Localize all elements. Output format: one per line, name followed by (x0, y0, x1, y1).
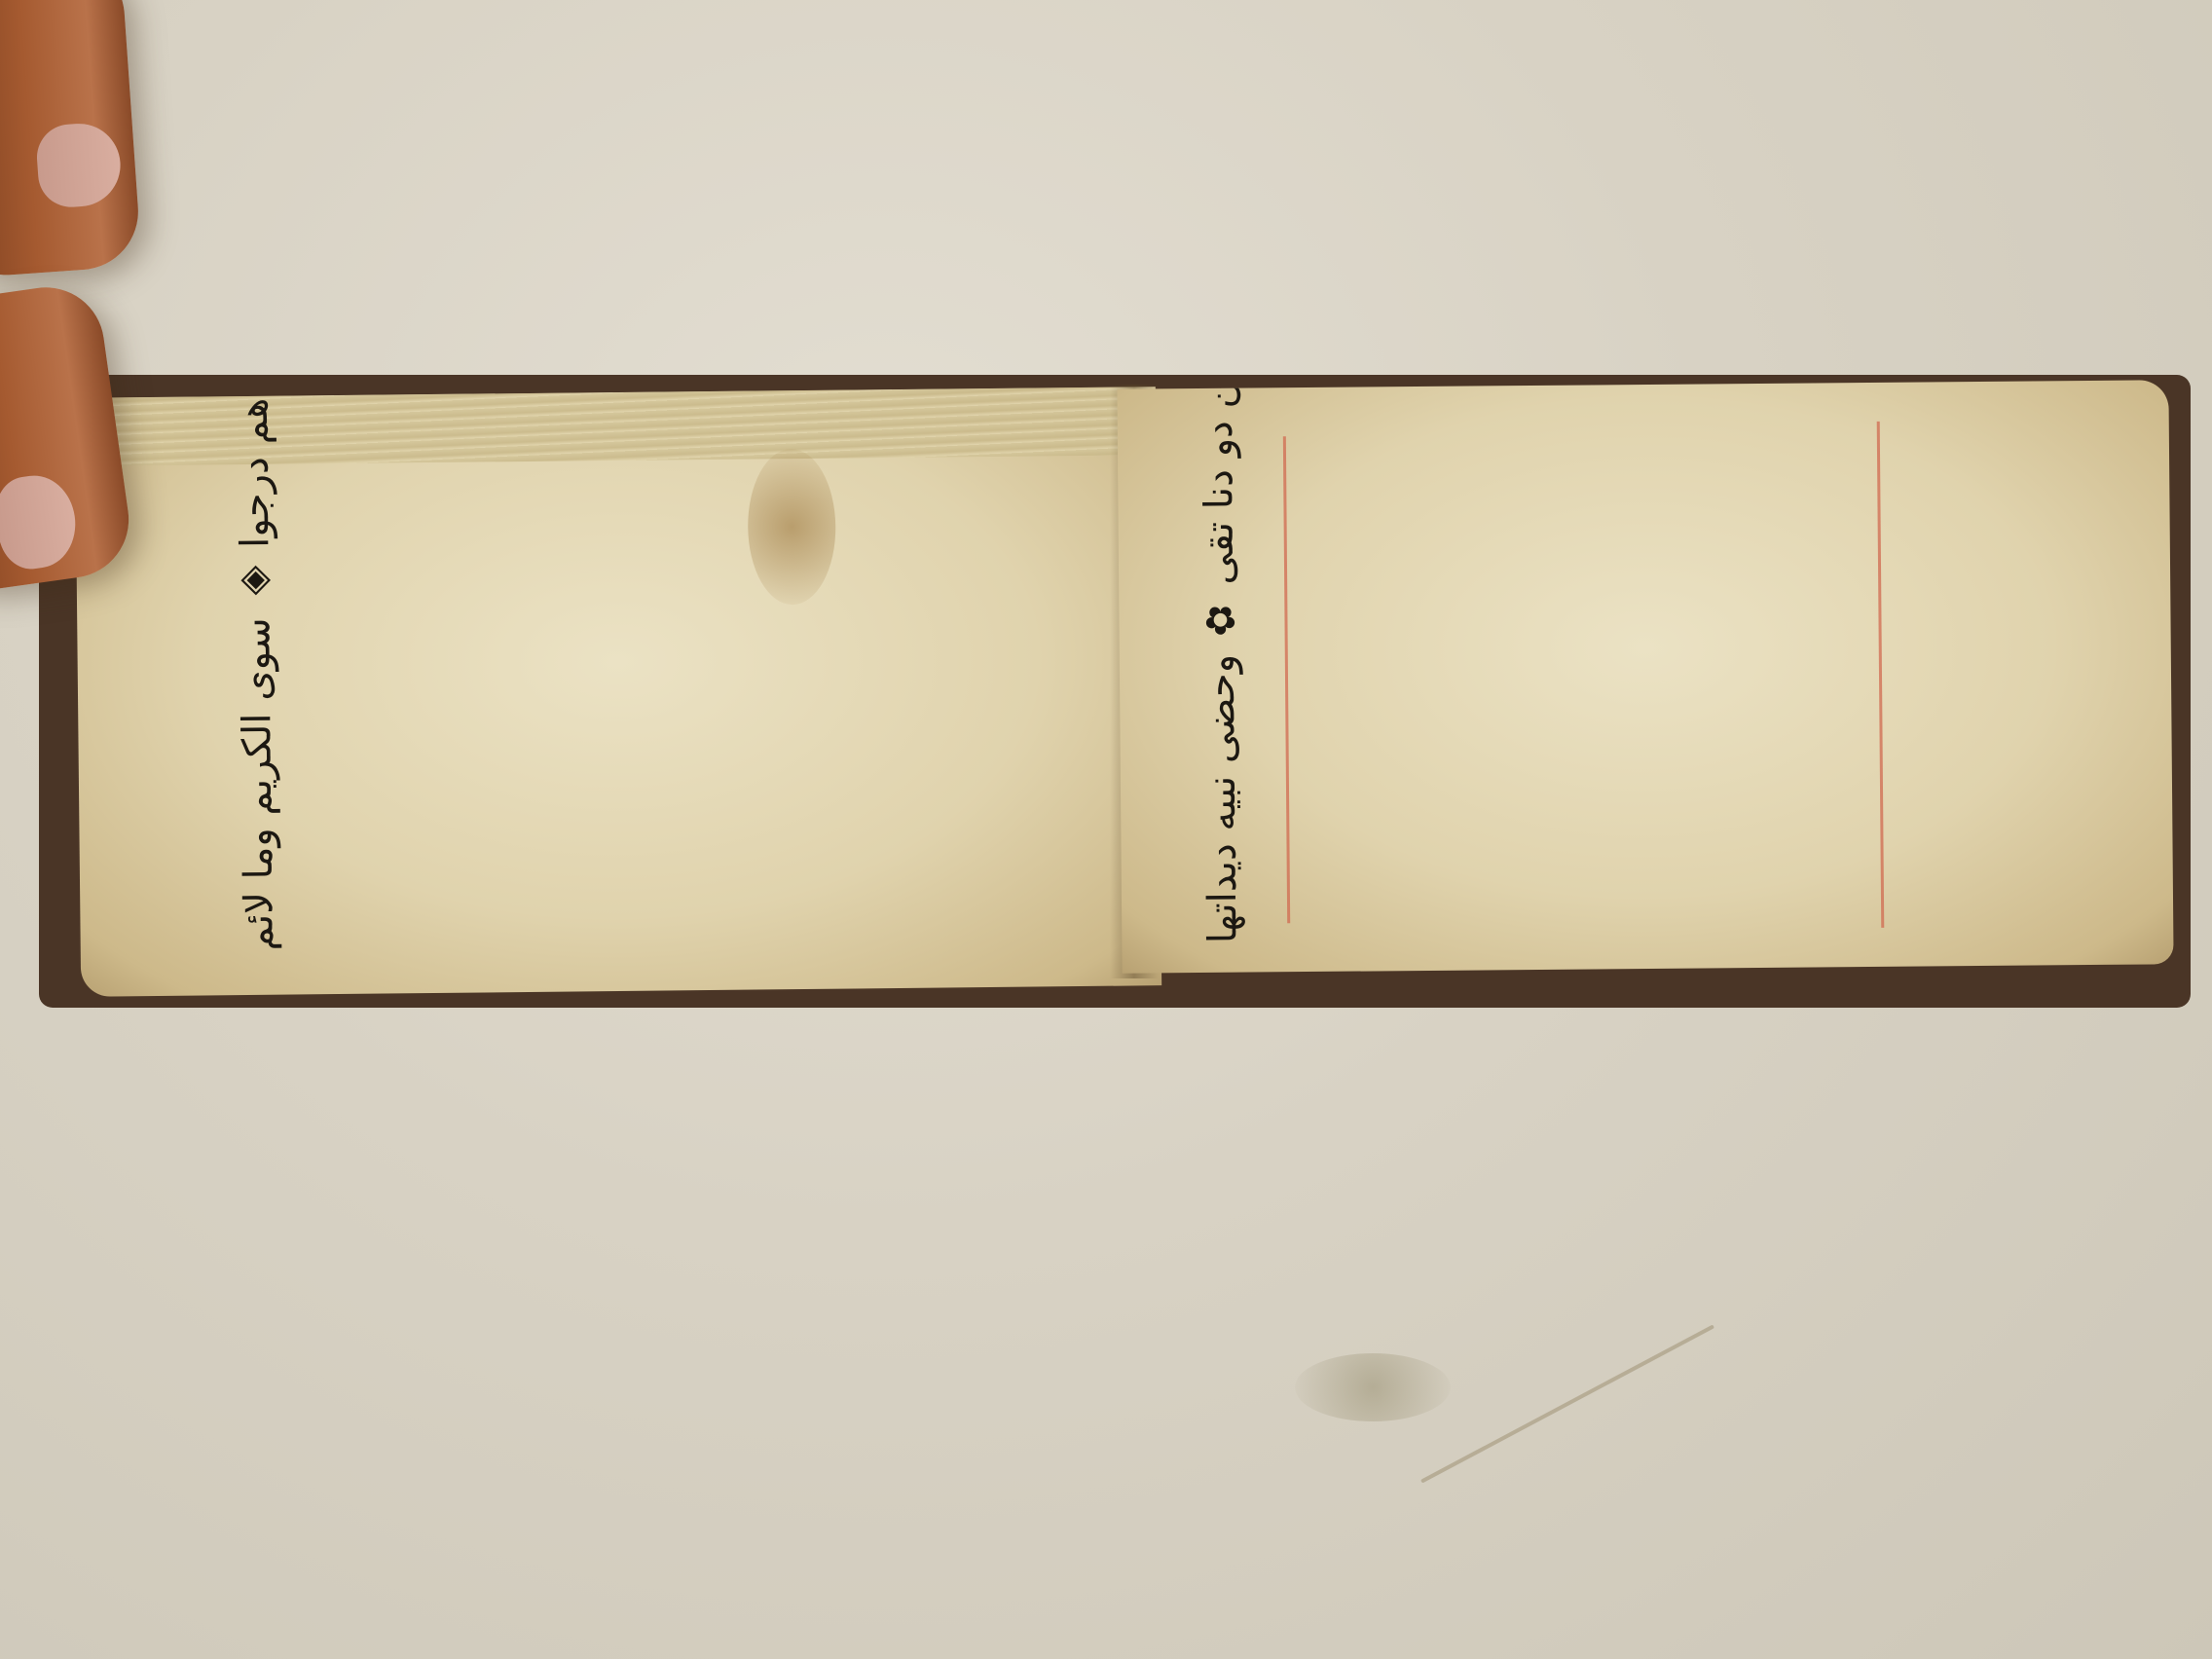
manuscript-book: الضحى نابعد ماهم درجوا ◈ سوى الكريم وما … (39, 375, 2191, 1008)
finger-top (0, 0, 142, 278)
text-line: الضحى نابعد ماهم درجوا ◈ سوى الكريم وما … (218, 387, 293, 951)
table-scratch (1420, 1324, 1714, 1483)
text-line: يا يمن دو دنا تقى ✿ وحضى نبيه ديداتها (1185, 380, 1257, 943)
right-page: يا يمن دو دنا تقى ✿ وحضى نبيه ديداتها وا… (1117, 380, 2173, 973)
red-rule-line (1283, 436, 1290, 923)
fingernail (0, 470, 81, 572)
water-stain (747, 449, 836, 606)
left-page-text: الضحى نابعد ماهم درجوا ◈ سوى الكريم وما … (221, 445, 292, 952)
fingernail (35, 121, 124, 209)
left-page: الضحى نابعد ماهم درجوا ◈ سوى الكريم وما … (75, 387, 1161, 997)
red-rule-line (1877, 422, 1885, 928)
finger-bottom (0, 280, 136, 597)
right-page-text: يا يمن دو دنا تقى ✿ وحضى نبيه ديداتها وا… (1186, 427, 1257, 944)
table-smudge (1295, 1353, 1451, 1421)
